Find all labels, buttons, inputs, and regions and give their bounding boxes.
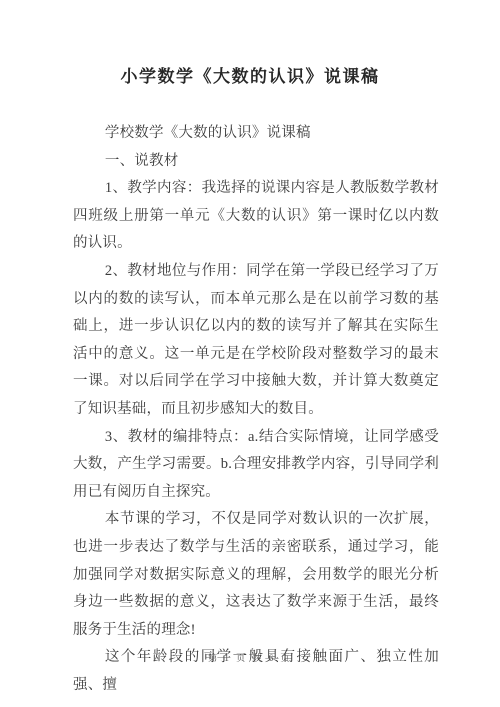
- document-body: 学校数学《大数的认识》说课稿 一、说教材 1、教学内容：我选择的说课内容是人教版…: [73, 120, 439, 699]
- page-footer: 第 1 页 共 6 页: [0, 651, 500, 664]
- paragraph-subtitle: 学校数学《大数的认识》说课稿: [73, 120, 439, 148]
- paragraph-material-role: 2、教材地位与作用：同学在第一学段已经学习了万以内的数的读写认，而本单元那么是在…: [73, 258, 439, 424]
- paragraph-teaching-content: 1、教学内容：我选择的说课内容是人教版数学教材四班级上册第一单元《大数的认识》第…: [73, 175, 439, 258]
- document-page: 小学数学《大数的认识》说课稿 学校数学《大数的认识》说课稿 一、说教材 1、教学…: [0, 0, 500, 707]
- paragraph-lesson-significance: 本节课的学习，不仅是同学对数认识的一次扩展，也进一步表达了数学与生活的亲密联系，…: [73, 506, 439, 644]
- paragraph-arrangement-features: 3、教材的编排特点：a.结合实际情境，让同学感受大数，产生学习需要。b.合理安排…: [73, 424, 439, 507]
- paragraph-section-heading: 一、说教材: [73, 148, 439, 176]
- document-title: 小学数学《大数的认识》说课稿: [0, 64, 500, 90]
